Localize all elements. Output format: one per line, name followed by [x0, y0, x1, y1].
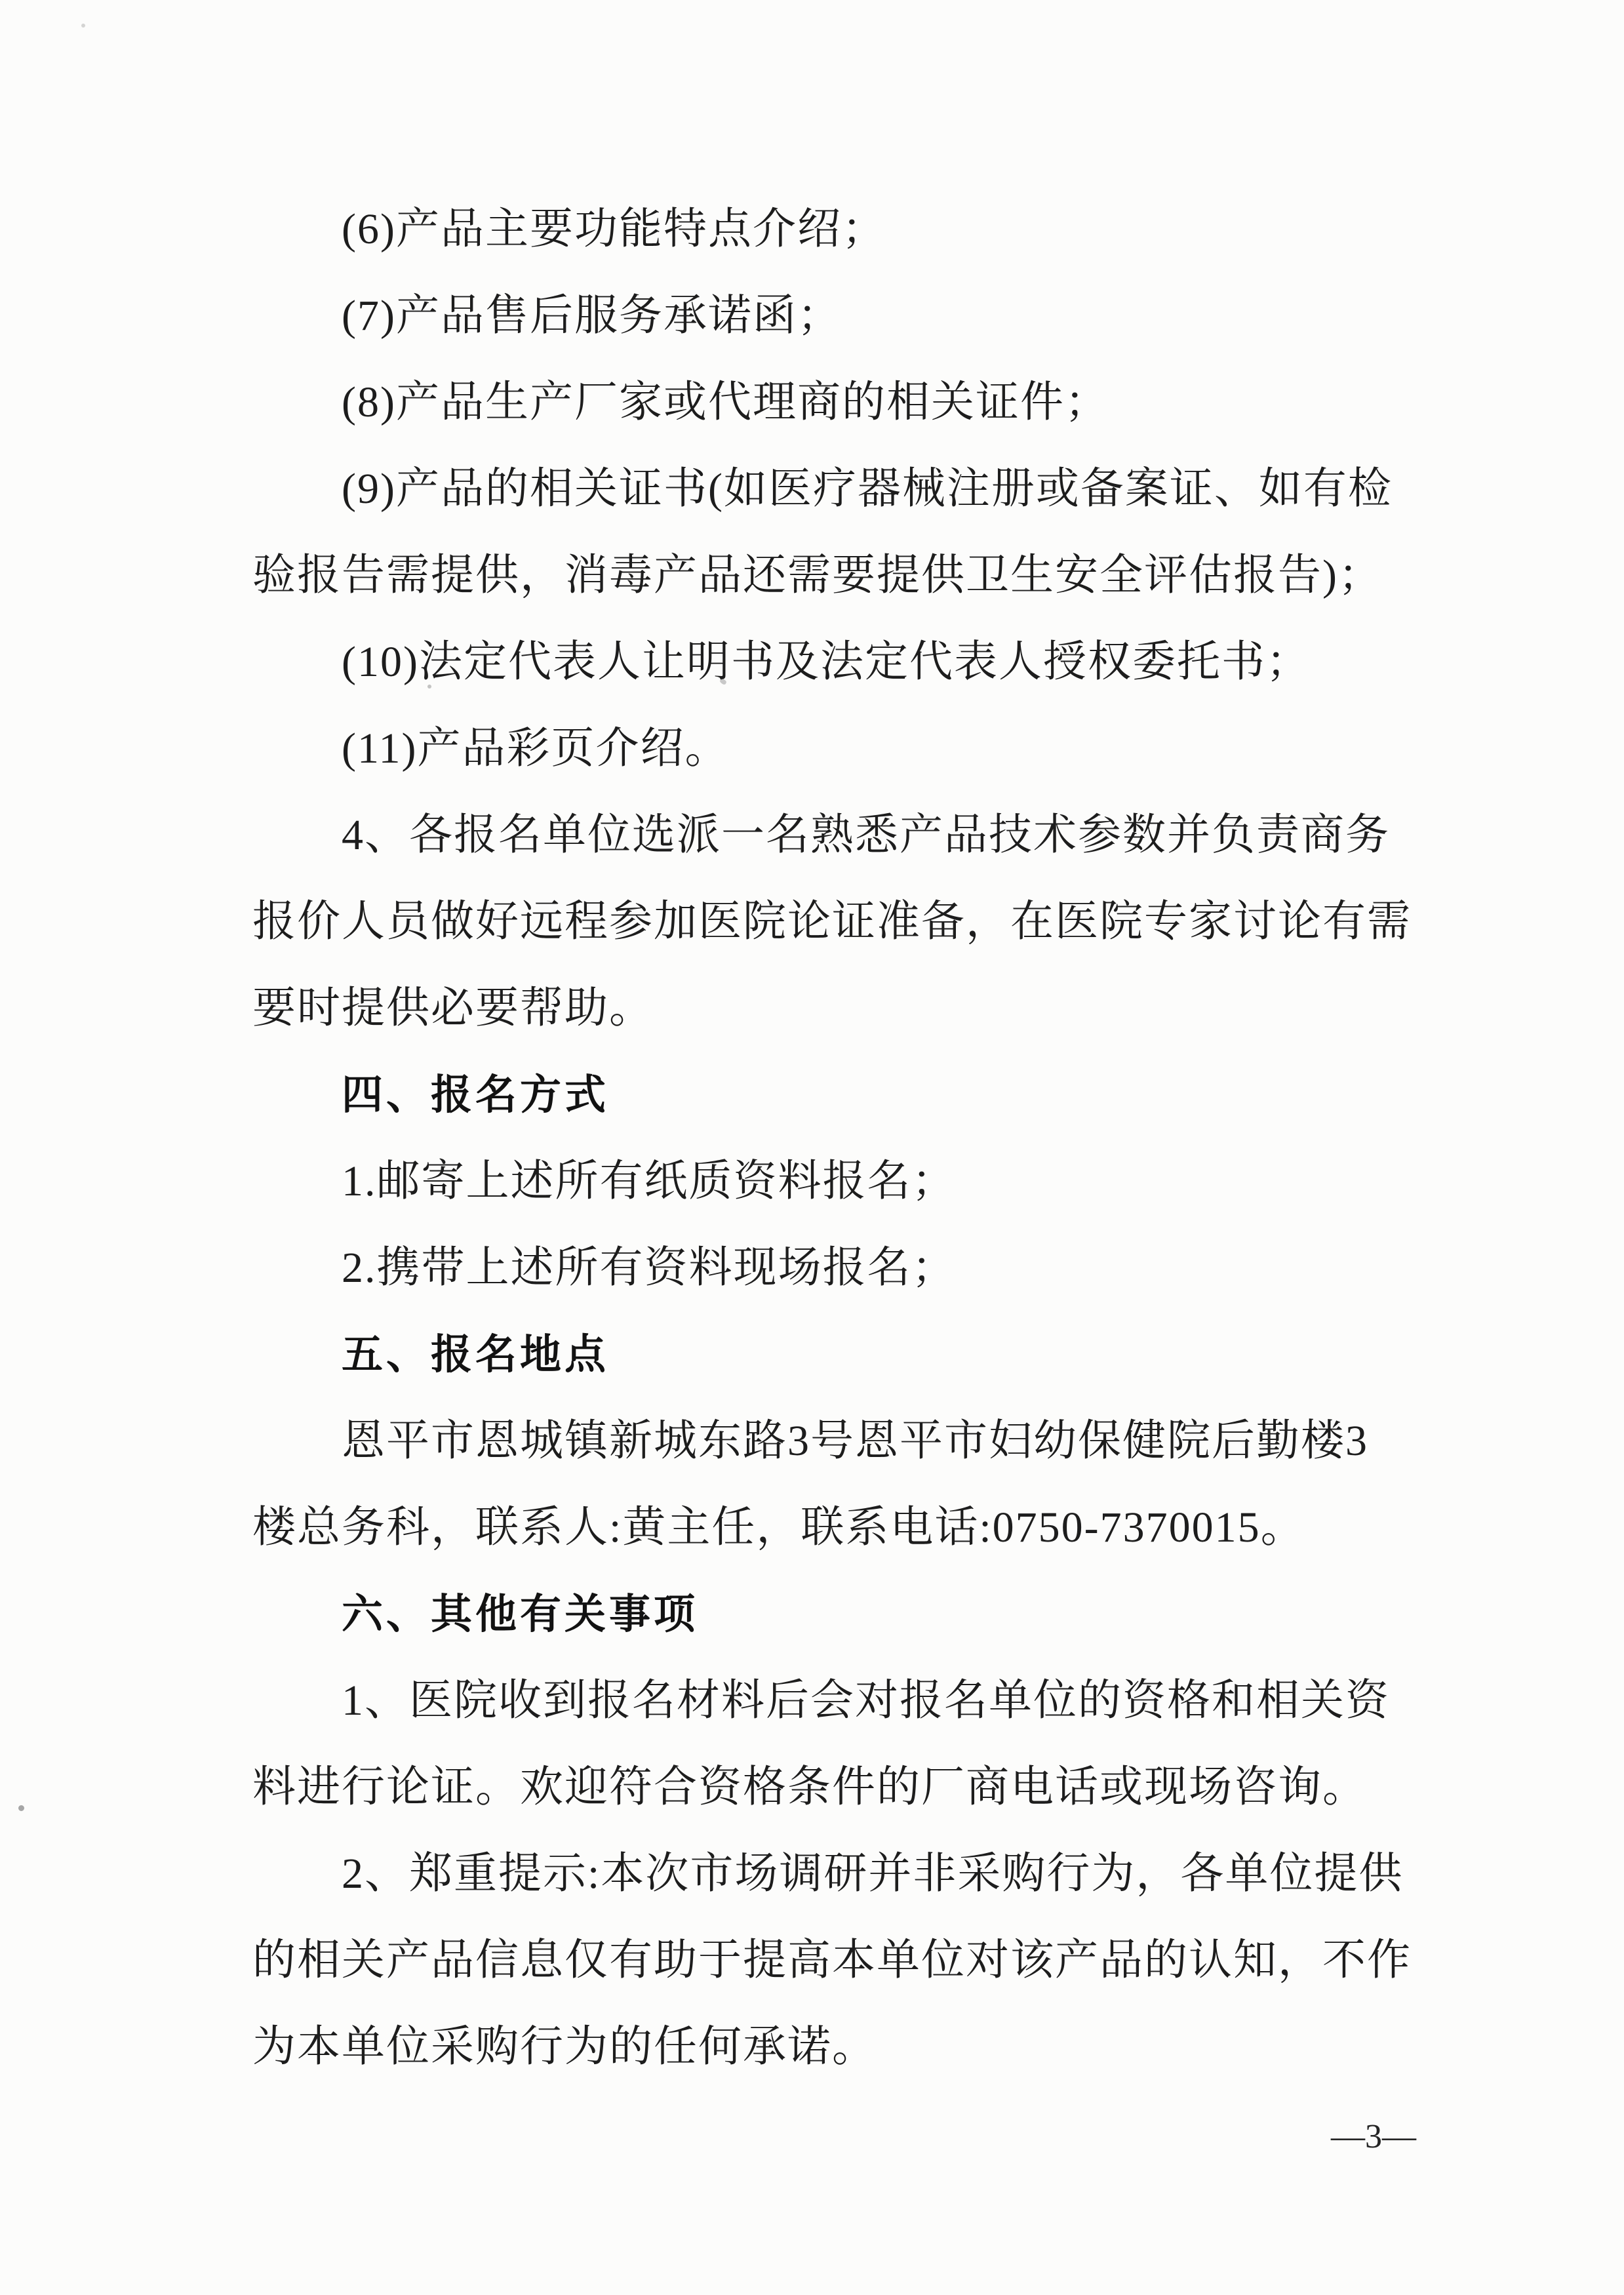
- doc-line-item-8: (8)产品生产厂家或代理商的相关证件；: [252, 359, 1377, 446]
- document-text-block: (6)产品主要功能特点介绍； (7)产品售后服务承诺函； (8)产品生产厂家或代…: [252, 186, 1377, 2090]
- doc-line-note-1: 1、医院收到报名材料后会对报名单位的资格和相关资: [252, 1658, 1377, 1744]
- doc-line-item-10: (10)法定代表人让明书及法定代表人授权委托书；: [252, 619, 1377, 706]
- doc-line-point-4-cont1: 报价人员做好远程参加医院论证准备，在医院专家讨论有需: [252, 879, 1377, 965]
- doc-line-item-6: (6)产品主要功能特点介绍；: [252, 186, 1377, 273]
- section-heading-4: 四、报名方式: [252, 1052, 1377, 1138]
- doc-line-note-2: 2、郑重提示:本次市场调研并非采购行为，各单位提供: [252, 1831, 1377, 1917]
- doc-line-note-1-cont: 料进行论证。欢迎符合资格条件的厂商电话或现场咨询。: [252, 1744, 1377, 1831]
- doc-line-note-2-cont2: 为本单位采购行为的任何承诺。: [252, 2004, 1377, 2090]
- scan-speckle: [18, 1805, 24, 1811]
- doc-line-item-7: (7)产品售后服务承诺函；: [252, 273, 1377, 359]
- document-page: (6)产品主要功能特点介绍； (7)产品售后服务承诺函； (8)产品生产厂家或代…: [0, 0, 1624, 2295]
- doc-line-mail-signup: 1.邮寄上述所有纸质资料报名；: [252, 1138, 1377, 1225]
- doc-line-address: 恩平市恩城镇新城东路3号恩平市妇幼保健院后勤楼3: [252, 1398, 1377, 1485]
- page-number: —3—: [1308, 2115, 1439, 2159]
- section-heading-6: 六、其他有关事项: [252, 1571, 1377, 1658]
- scan-speckle: [427, 685, 431, 688]
- doc-line-item-9: (9)产品的相关证书(如医疗器械注册或备案证、如有检: [252, 446, 1377, 532]
- doc-line-point-4: 4、各报名单位选派一名熟悉产品技术参数并负责商务: [252, 792, 1377, 879]
- doc-line-point-4-cont2: 要时提供必要帮助。: [252, 965, 1377, 1052]
- doc-line-item-11: (11)产品彩页介绍。: [252, 706, 1377, 792]
- doc-line-item-9-cont: 验报告需提供，消毒产品还需要提供卫生安全评估报告)；: [252, 532, 1377, 619]
- doc-line-note-2-cont1: 的相关产品信息仅有助于提高本单位对该产品的认知，不作: [252, 1917, 1377, 2004]
- scan-speckle: [81, 24, 85, 28]
- doc-line-onsite-signup: 2.携带上述所有资料现场报名；: [252, 1225, 1377, 1311]
- section-heading-5: 五、报名地点: [252, 1311, 1377, 1398]
- doc-line-address-cont: 楼总务科，联系人:黄主任，联系电话:0750-7370015。: [252, 1485, 1377, 1571]
